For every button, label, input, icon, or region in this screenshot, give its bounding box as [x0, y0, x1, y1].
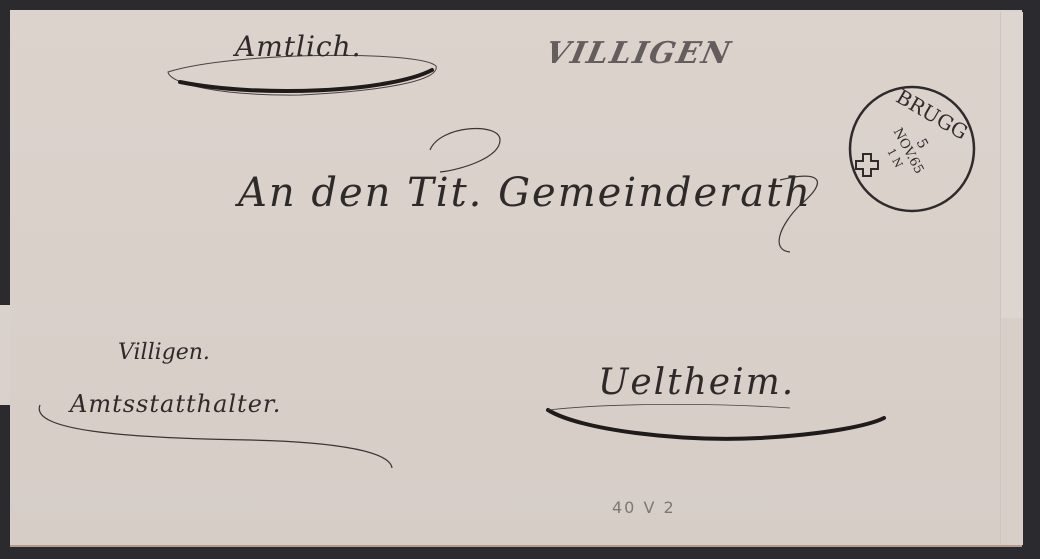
pencil-note: 40 V 2 [612, 498, 676, 517]
swiss-cross-icon [856, 154, 878, 176]
official-marking: Amtlich. [235, 30, 362, 63]
sender-place: Villigen. [118, 340, 210, 365]
straight-line-cancel: VILLIGEN [542, 36, 735, 71]
destination-town: Ueltheim. [598, 362, 795, 403]
addressee-line: An den Tit. Gemeinderath [238, 170, 812, 216]
sender-title: Amtsstatthalter. [70, 390, 281, 418]
circular-postmark: BRUGG 5 NOV.65 1 N [846, 84, 978, 214]
